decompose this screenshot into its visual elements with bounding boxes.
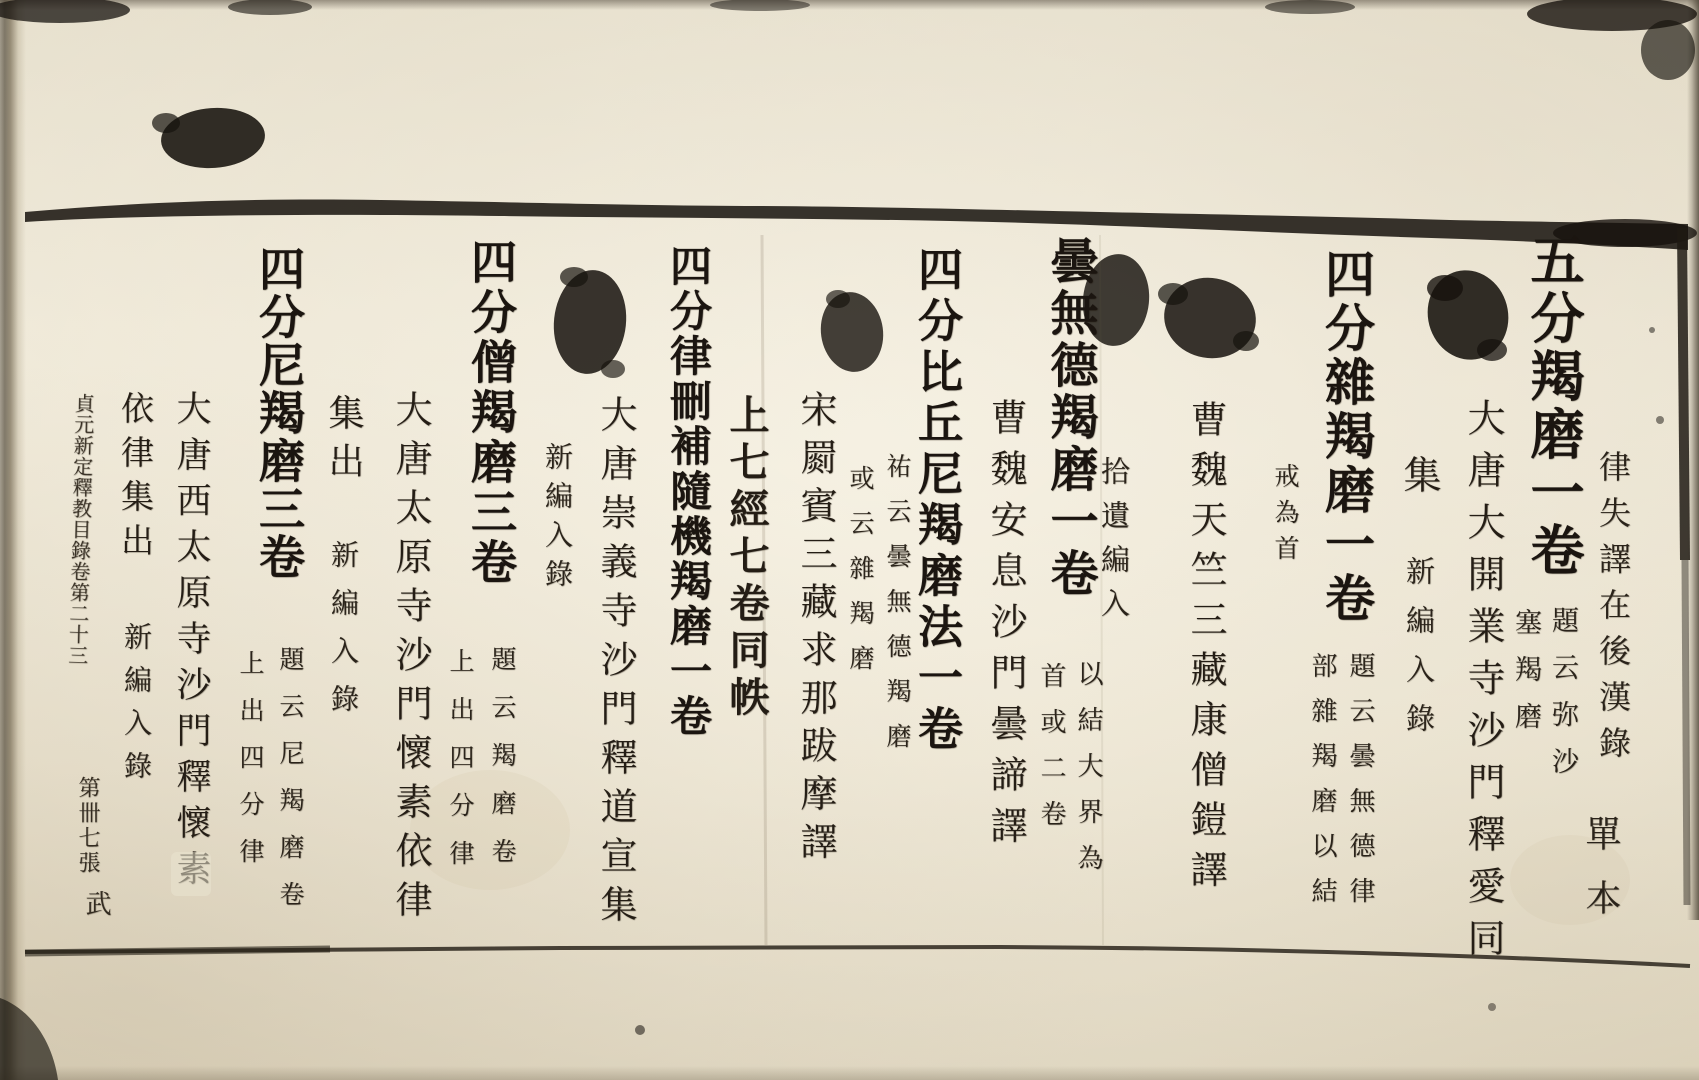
top-rule xyxy=(25,200,1688,251)
right-rule xyxy=(1682,228,1685,560)
ink-smudge xyxy=(1158,283,1188,305)
entry-attribution-cont: 集 xyxy=(1400,455,1438,493)
entry-attribution: 大唐西太原寺沙門釋懷素 xyxy=(173,390,208,896)
ink-speck xyxy=(635,1025,645,1035)
page-right-edge-shadow xyxy=(1687,0,1699,920)
page-bottom-edge-shadow xyxy=(0,1066,1699,1080)
entry-attribution: 宋罽賓三藏求那跋摩譯 xyxy=(797,390,834,870)
catalog-mark: 新編入錄 xyxy=(1404,556,1433,752)
catalog-mark: 拾遺編入 xyxy=(1099,456,1128,632)
entry-title-sifenlv-shanbu-suiji-jiemo: 四分律刪補隨機羯磨一卷 xyxy=(667,244,709,739)
entry-annotation-col: 題云曇無德律 xyxy=(1347,652,1373,922)
ink-smudge xyxy=(1427,275,1463,301)
manuscript-page: 律失譯在後漢錄 單本 五分羯磨一卷 題云弥沙 塞羯磨 大唐大開業寺沙門釋愛同 集… xyxy=(0,0,1699,1080)
sheet-number: 第卌七張 xyxy=(76,776,98,876)
ink-smudge xyxy=(1418,261,1519,369)
entry-annotation-col: 題云羯磨卷 xyxy=(490,646,515,886)
ink-speck xyxy=(1649,327,1655,333)
ink-speck xyxy=(1656,416,1664,424)
colophon-catalog-title: 貞元新定釋教目錄卷第二十三 xyxy=(66,393,93,666)
entry-attribution: 大唐太原寺沙門懷素依律 xyxy=(392,390,429,929)
entry-annotation-col: 題云弥沙 xyxy=(1549,606,1576,794)
ink-smudge xyxy=(159,104,267,171)
fascicle-note: 上七經七卷同帙 xyxy=(726,394,766,723)
entry-title-sifen-ni-jiemo: 四分尼羯磨三卷 xyxy=(256,245,302,581)
collation-mark-wu: 武 xyxy=(83,890,109,916)
ink-smudge xyxy=(1158,271,1262,366)
entry-annotation-col: 上出四分律 xyxy=(448,648,473,888)
ink-smudge xyxy=(816,288,889,376)
faded-ink-patch xyxy=(171,852,211,896)
entry-title-wufen-jiemo: 五分羯磨一卷 xyxy=(1527,232,1581,580)
entry-annotation-col: 上出四分律 xyxy=(238,650,263,885)
entry-attribution-cont: 集出 xyxy=(325,394,361,490)
ink-smudge xyxy=(152,113,180,133)
entry-title-sifen-biqiuni-jiemofa: 四分比丘尼羯磨法一卷 xyxy=(914,246,959,756)
entry-annotation-col: 或云雜羯磨 xyxy=(848,465,873,690)
prev-entry-note: 律失譯在後漢錄 xyxy=(1597,450,1629,772)
category-mark-danben: 單本 xyxy=(1582,815,1618,943)
entry-attribution: 大唐崇義寺沙門釋道宣集 xyxy=(597,395,634,934)
entry-annotation-col: 祐云曇無德羯磨 xyxy=(885,453,910,768)
entry-attribution-cont: 依律集出 xyxy=(119,391,152,567)
entry-annotation-overflow: 戒為首 xyxy=(1273,463,1298,571)
entry-title-sifen-seng-jiemo: 四分僧羯磨三卷 xyxy=(468,238,514,588)
entry-annotation-col: 部雜羯磨以結 xyxy=(1309,652,1335,922)
entry-annotation-col: 首或二卷 xyxy=(1038,662,1064,846)
entry-title-tanwude-jiemo: 曇無德羯磨一卷 xyxy=(1046,236,1094,600)
bottom-rule-left-reinforce xyxy=(25,949,330,953)
entry-annotation-col: 塞羯磨 xyxy=(1512,608,1539,749)
ink-smudge xyxy=(549,267,631,378)
entry-attribution: 曹魏安息沙門曇諦譯 xyxy=(987,398,1024,857)
entry-attribution: 大唐大開業寺沙門釋愛同 xyxy=(1464,398,1502,970)
page-left-edge-shadow xyxy=(0,0,26,1080)
entry-attribution: 曹魏天竺三藏康僧鎧譯 xyxy=(1187,400,1224,900)
entry-annotation-col: 題云尼羯磨卷 xyxy=(278,646,303,928)
ink-smudge xyxy=(560,267,588,287)
ink-smudge xyxy=(1233,331,1259,351)
ink-speck xyxy=(1488,1003,1496,1011)
catalog-mark: 新編入錄 xyxy=(543,442,571,598)
ink-smudge xyxy=(1477,339,1507,361)
catalog-mark: 新編入錄 xyxy=(122,622,150,794)
ink-smudge xyxy=(601,360,625,378)
page-top-edge-shadow xyxy=(0,0,1699,10)
entry-title-sifen-za-jiemo: 四分雜羯磨一卷 xyxy=(1321,248,1371,626)
entry-annotation-col: 以結大界為 xyxy=(1075,660,1101,890)
ink-smudge xyxy=(826,290,850,308)
catalog-mark: 新編入錄 xyxy=(329,540,357,732)
bottom-rule xyxy=(25,947,1690,966)
